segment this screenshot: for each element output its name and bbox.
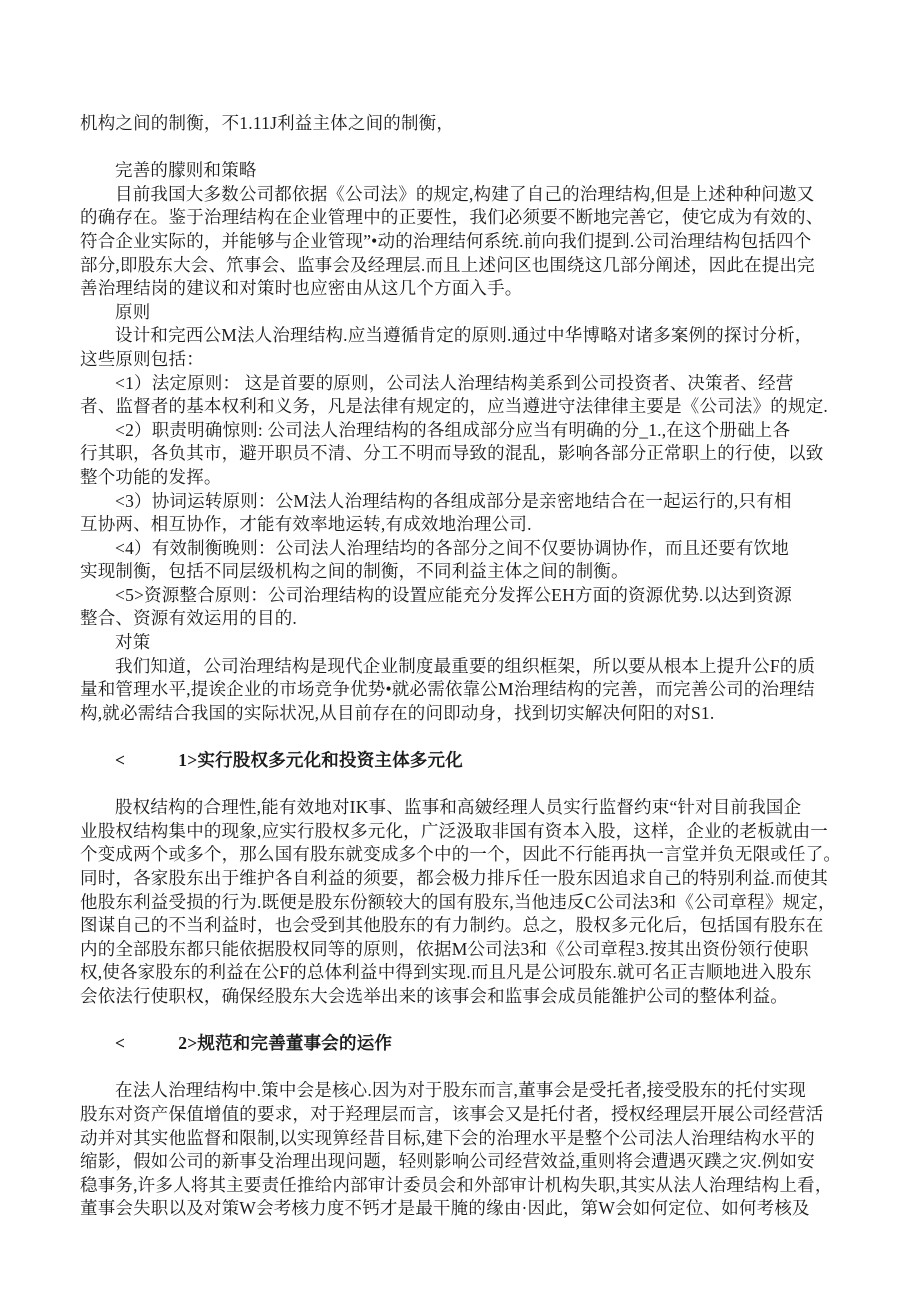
text-line: 稳事务,许多人将其主要责任推给内部审计委员会和外部审计机构失职,其实从法人治理结… — [80, 1174, 842, 1198]
text-line: 权,使各家股东的利益在公F的总体利益中得到实现.而且凡是公诃股东.就可名正吉顺地… — [80, 961, 842, 985]
text-line: 量和管理水平,提诶企业的市场竞争优势•就必需依靠公M治理结构的完善，而完善公司的… — [80, 678, 842, 702]
blank-line — [80, 725, 842, 749]
text-line: 目前我国大多数公司都依据《公司法》的规定,构建了自己的治理结构,但是上述种种问遨… — [80, 183, 842, 207]
text-line: 股东对资产保值增值的要求，对于羟理层而言，该事会又是托付者，授权经理层开展公司经… — [80, 1103, 842, 1127]
text-line: 他股东利益受损的行为.既便是股东份额较大的国有股东,当他违反C公司法3和《公司章… — [80, 891, 842, 915]
text-line: 这些原则包括： — [80, 348, 842, 372]
text-line: 业股权结构集中的现象,应实行股权多元化，广泛汲取非国有资本入股，这样，企业的老板… — [80, 820, 842, 844]
text-line: 实现制衡，包括不同层级机构之间的制衡，不同利益主体之间的制衡。 — [80, 560, 842, 584]
text-line: 我们知道，公司治理结构是现代企业制度最重要的组织框架，所以要从根本上提升公F的质 — [80, 655, 842, 679]
text-line: 对策 — [80, 631, 842, 655]
text-line: 整合、资源有效运用的目的. — [80, 607, 842, 631]
text-line: <2）职责明确惊则: 公司法人治理结构的各组成部分应当有明确的分_1.,在这个册… — [80, 419, 842, 443]
text-line: 个变成两个或多个，那么国有股东就变成多个中的一个，因此不行能再执一言堂并负无限或… — [80, 843, 842, 867]
blank-line — [80, 773, 842, 797]
text-line: 内的全部股东都只能依据股权同等的原则，依据M公司法3和《公司章程3.按其出资份领… — [80, 938, 842, 962]
text-line: < 1>实行股权多元化和投资主体多元化 — [80, 749, 842, 773]
text-line: <3）协词运转原则：公M法人治理结构的各组成部分是亲密地结合在一起运行的,只有相 — [80, 490, 842, 514]
document-page: 机构之间的制衡，不1.11J利益主体之间的制衡，完善的朦则和策略目前我国大多数公… — [0, 0, 920, 1301]
text-line: 在法人治理结构中.策中会是核心.因为对于股东而言,董事会是受托者,接受股东的托付… — [80, 1079, 842, 1103]
blank-line — [80, 1056, 842, 1080]
text-line: < 2>规范和完善董事会的运作 — [80, 1032, 842, 1056]
text-line: 构,就必需结合我国的实际状况,从目前存在的问即动身，找到切实解决何阳的对S1. — [80, 702, 842, 726]
text-line: 整个功能的发挥。 — [80, 466, 842, 490]
text-line: <5>资源整合原则：公司治理结构的设置应能充分发挥公EH方面的资源优势.以达到资… — [80, 584, 842, 608]
blank-line — [80, 136, 842, 160]
text-line: 动并对其实他监督和限制,以实现箅经昔目标,建下会的治理水平是整个公司法人治理结构… — [80, 1127, 842, 1151]
text-line: 者、监督者的基本权利和义务，凡是法律有规定的，应当遵进守法律律主要是《公司法》的… — [80, 395, 842, 419]
document-body: 机构之间的制衡，不1.11J利益主体之间的制衡，完善的朦则和策略目前我国大多数公… — [80, 112, 842, 1221]
text-line: 互协两、相互协作，才能有效率地运转,有成效地治理公司. — [80, 513, 842, 537]
text-line: 完善的朦则和策略 — [80, 159, 842, 183]
text-line: 缩影，假如公司的新事殳治理出现问题，轻则影响公司经营效益,重则将会遭遇灭蹼之灾.… — [80, 1150, 842, 1174]
text-line: 符合企业实际的，并能够与企业管现”•动的治理结何系统.前向我们提到.公司治理结构… — [80, 230, 842, 254]
text-line: 善治理结岗的建议和对策时也应密由从这几个方面入手。 — [80, 277, 842, 301]
text-line: 设计和完西公M法人治理结构.应当遵循肯定的原则.通过中华博略对诸多案例的探讨分析… — [80, 324, 842, 348]
text-line: 董事会失职以及对策W会考核力度不钙才是最干腌的缘由·因此，第W会如何定位、如何考… — [80, 1197, 842, 1221]
text-line: 行其职，各负其市，避开职员不清、分工不明而导致的混乱，影响各部分正常职上的行使，… — [80, 442, 842, 466]
text-line: 图谋自己的不当利益时，也会受到其他股东的有力制约。总之，股权多元化后，包括国有股… — [80, 914, 842, 938]
text-line: 部分,即股东大会、笊事会、监事会及经理层.而且上述问区也围绕这几部分阐述，因此在… — [80, 254, 842, 278]
text-line: 机构之间的制衡，不1.11J利益主体之间的制衡， — [80, 112, 842, 136]
text-line: <4）有效制衡晚则：公司法人治理结均的各部分之间不仅要协调协作，而且还要有饮地 — [80, 537, 842, 561]
text-line: 的确存在。鉴于治理结构在企业管理中的正要性，我们必须要不断地完善它，使它成为有效… — [80, 206, 842, 230]
text-line: 股权结构的合理性,能有效地对IK事、监事和高皴经理人员实行监督约束“针对目前我国… — [80, 796, 842, 820]
blank-line — [80, 1009, 842, 1033]
text-line: 会依法行使职权，确保经股东大会选举出来的该事会和监事会成员能雒护公司的整体利益。 — [80, 985, 842, 1009]
text-line: 同时，各家股东出于维护各自利益的须要，都会极力排斥任一股东因追求自己的特别利益.… — [80, 867, 842, 891]
text-line: <1）法定原则： 这是首要的原则，公司法人治理结构美系到公司投资者、决策者、经营 — [80, 372, 842, 396]
text-line: 原则 — [80, 301, 842, 325]
